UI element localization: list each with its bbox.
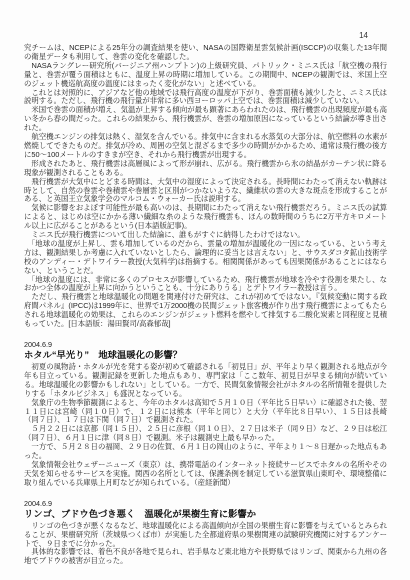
paragraph: 気候に影響をおよぼす可能性が最も高いのは、長期間にわたって消えない飛行機雲だろう…: [24, 204, 387, 231]
paragraph: 「地球の温度には、非常に多くのプロセスが影響しているため、飛行機雲が地球を冷やす…: [24, 276, 387, 294]
paragraph: これとは対照的に、アジアなど他の地域では飛行高度の温度が下がり、巻雲面積も減少し…: [24, 89, 387, 107]
paragraph: 「地球の温度が上昇し、雲も増加しているのだから、雲量の増加が温暖化の一因になって…: [24, 240, 387, 276]
paragraph: 気象情報会社ウェザーニューズ（東京）は、携帯電話のインターネット接続サービスでホ…: [24, 461, 387, 488]
paragraph: 飛行機雲が大気中にとどまる時間は、大気中の湿度によって決定される。長時間にわたっ…: [24, 178, 387, 205]
document-body: 究チームは、NCEPによる25年分の調査結果を使い、NASAの国際衛星雲気候計画…: [24, 44, 387, 566]
paragraph: ただし、飛行機雲と地球温暖化の問題を関連付けた研究は、これが初めてではない。『気…: [24, 293, 387, 329]
paragraph: NASAラングレー研究所(バージニア州ハンプトン)の上級研究員、パトリック・ミニ…: [24, 62, 387, 89]
document-page: 14 究チームは、NCEPによる25年分の調査結果を使い、NASAの国際衛星雲気…: [0, 0, 410, 580]
paragraph: 気象庁の生物季節観測によると、今年のホタルは高知で５月１０日（平年比５日早い）に…: [24, 399, 387, 426]
article-date: 2004.6.9: [24, 340, 387, 349]
paragraph: 具体的な影響では、着色不良が各地で見られ、岩手県など東北地方や長野県ではリンゴ、…: [24, 548, 387, 566]
article-title: リンゴ、ブドウ色づき悪く 温暖化が果樹生育に影響か: [24, 509, 387, 520]
paragraph: 形成されたあと、飛行機雲は高層風によって形が崩れ、広がる。飛行機雲から氷の結晶が…: [24, 160, 387, 178]
paragraph: 初夏の風物詩・ホタルが光を発する姿が初めて確認される「初見日」が、平年より早く観…: [24, 363, 387, 399]
paragraph: 航空機エンジンの排気は熱く、湿気を含んでいる。排気中に含まれる水蒸気の大部分は、…: [24, 133, 387, 160]
paragraph: 究チームは、NCEPによる25年分の調査結果を使い、NASAの国際衛星雲気候計画…: [24, 44, 387, 62]
article-title: ホタル“早光り” 地球温暖化の影響？: [24, 350, 387, 361]
paragraph: 米国で巻雲の面積が増え、気温が上昇する傾向が最も顕著にあらわれたのは、飛行機雲の…: [24, 106, 387, 133]
paragraph: 一方で、５月２８日の福岡、２９日の佐賀、６月１日の岡山のように、平年より１〜８日…: [24, 443, 387, 461]
paragraph: ５月２２日には京都（同１５日）、２５日に彦根（同１０日）、２７日は米子（同９日）…: [24, 425, 387, 443]
paragraph: リンゴの色づきが悪くなるなど、地球温暖化による高温傾向が全国の果樹生育に影響を与…: [24, 522, 387, 549]
article-date: 2004.6.9: [24, 499, 387, 508]
page-number: 14: [359, 31, 368, 40]
